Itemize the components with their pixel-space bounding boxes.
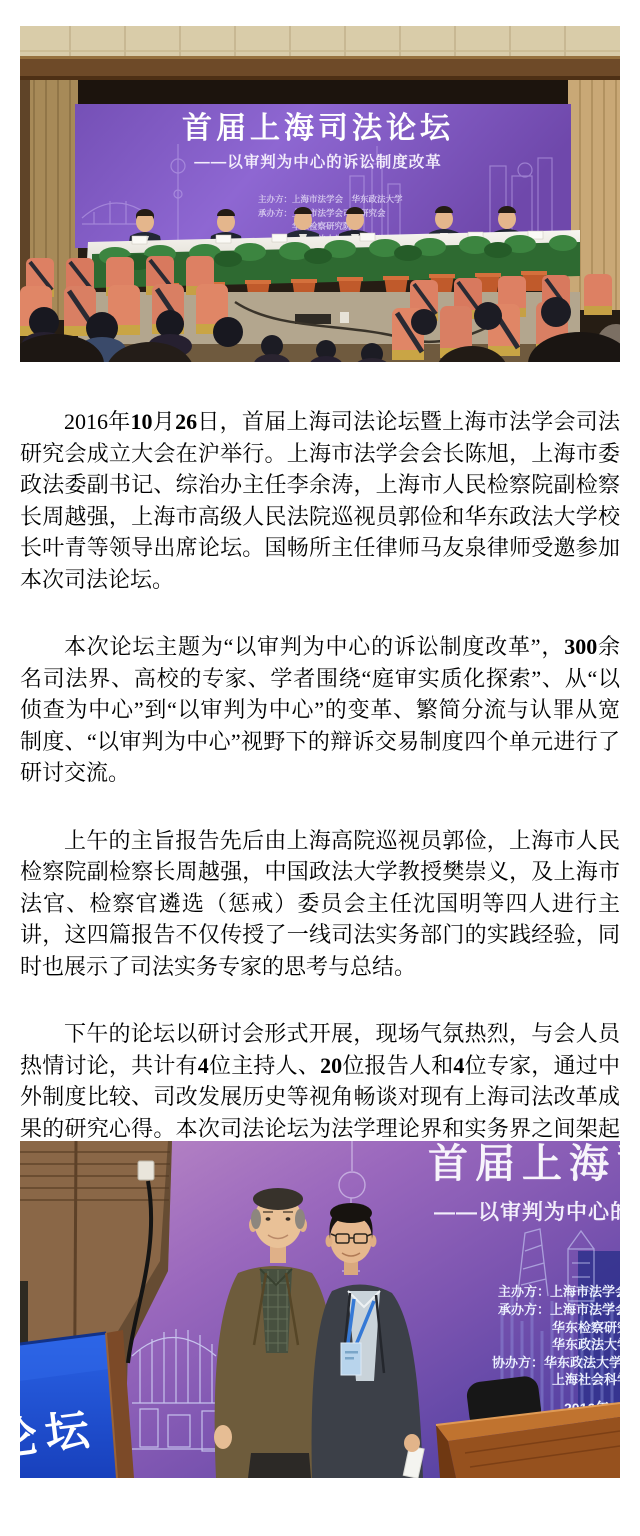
banner-subtitle: ——以审判为中心的 xyxy=(434,1200,620,1224)
group-photo-illustration: 首届上海司 ——以审判为中心的 主办方：上海市法学会 承办方：上海市法学会司 华… xyxy=(20,1141,620,1478)
organizer-line: 华东政法大学 xyxy=(552,1337,620,1352)
podium: 论坛 xyxy=(20,1330,134,1478)
ceiling-beam xyxy=(20,56,620,80)
paragraph-3: 上午的主旨报告先后由上海高院巡视员郭俭，上海市人民检察院副检察长周越强，中国政法… xyxy=(20,825,620,983)
organizer-line: 华东检察研究院 xyxy=(552,1320,620,1335)
organizer-line: 主办方：上海市法学会 xyxy=(498,1284,620,1299)
banner-title: 首届上海司法论坛 xyxy=(182,112,454,145)
wall-outlet xyxy=(138,1161,154,1180)
article-body: 2016年10月26日，首届上海司法论坛暨上海市法学会司法研究会成立大会在沪举行… xyxy=(20,406,620,1243)
organizer-line: 协办方：华东政法大学 xyxy=(492,1355,620,1370)
organizer-line: 上海社会科学 xyxy=(552,1372,620,1387)
organizer-line: 承办方：上海市法学会司法研究会 xyxy=(257,208,386,218)
organizer-line: 承办方：上海市法学会司 xyxy=(498,1302,620,1317)
conference-hall-illustration: 首届上海司法论坛 ——以审判为中心的诉讼制度改革 主办方：上海市法学会 华东政法… xyxy=(20,26,620,362)
banner-title: 首届上海司 xyxy=(428,1142,620,1186)
photo-group[interactable]: 首届上海司 ——以审判为中心的 主办方：上海市法学会 承办方：上海市法学会司 华… xyxy=(20,1141,620,1478)
ceiling xyxy=(20,26,620,60)
article-page: 首届上海司法论坛 ——以审判为中心的诉讼制度改革 主办方：上海市法学会 华东政法… xyxy=(0,0,640,1536)
paragraph-2: 本次论坛主题为“以审判为中心的诉讼制度改革”，300余名司法界、高校的专家、学者… xyxy=(20,631,620,789)
photo-conference-hall[interactable]: 首届上海司法论坛 ——以审判为中心的诉讼制度改革 主办方：上海市法学会 华东政法… xyxy=(20,26,620,362)
banner-subtitle: ——以审判为中心的诉讼制度改革 xyxy=(194,152,442,171)
organizer-line: 主办方：上海市法学会 华东政法大学 xyxy=(258,194,403,204)
paragraph-1: 2016年10月26日，首届上海司法论坛暨上海市法学会司法研究会成立大会在沪举行… xyxy=(20,406,620,595)
